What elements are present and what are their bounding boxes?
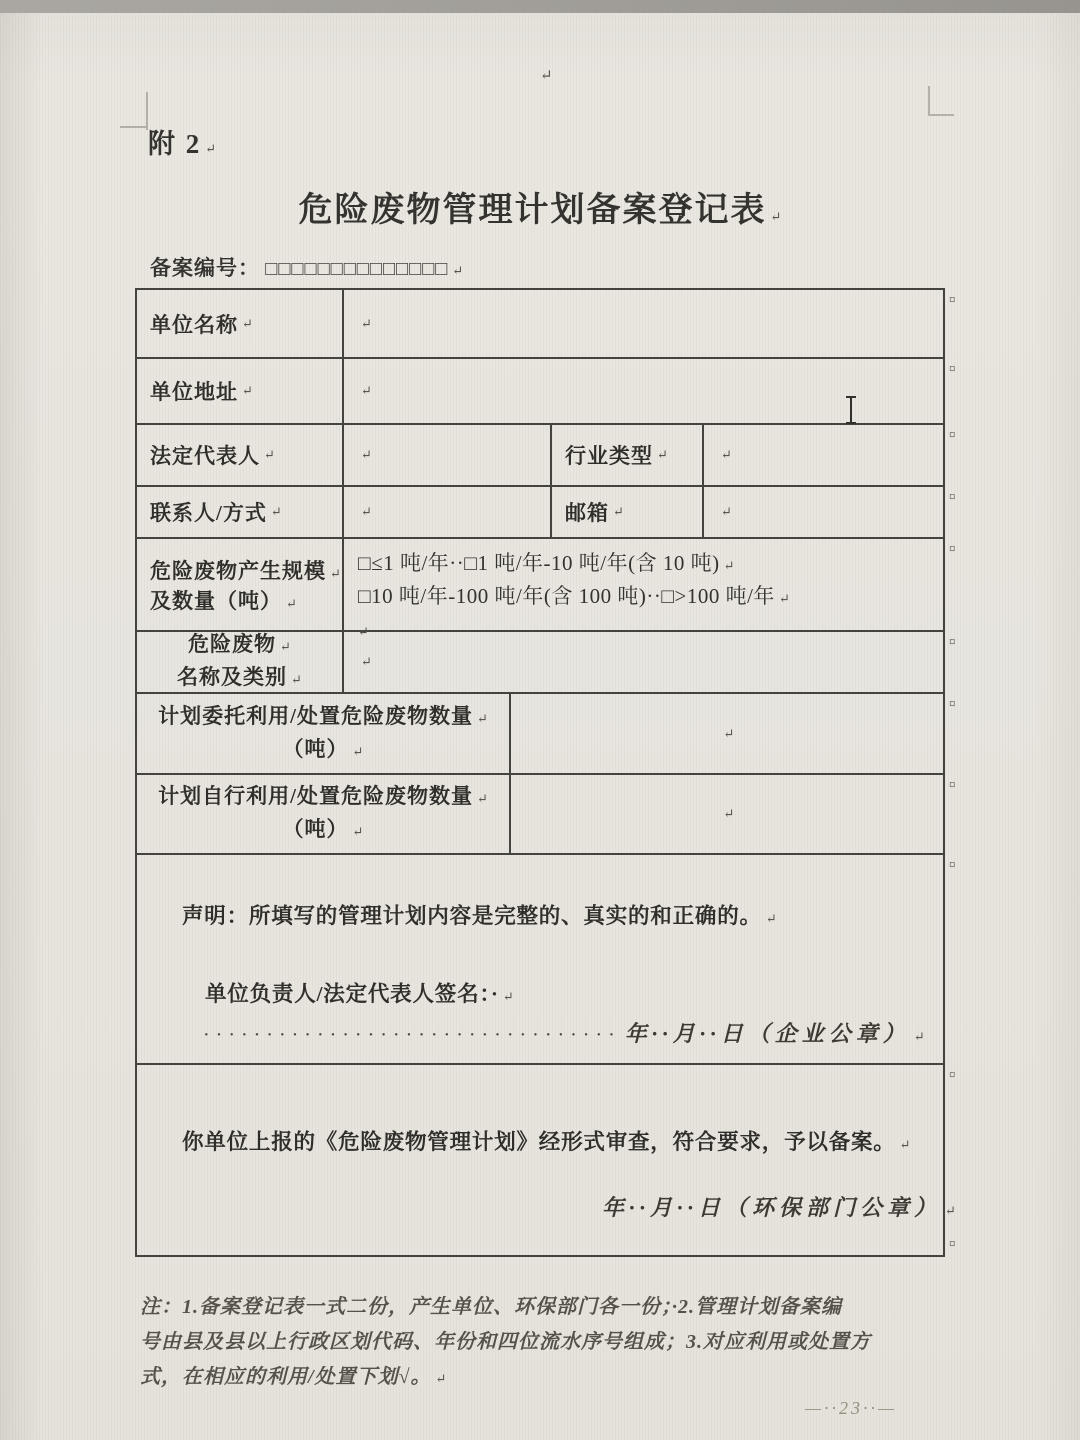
return-mark-icon: ↵ (609, 504, 624, 520)
unit-name-label-text: 单位名称 (150, 309, 238, 339)
row-legal-rep: 法定代表人↵ ↵ 行业类型↵ ↵ (137, 425, 943, 487)
return-mark-icon: ↵ (717, 504, 732, 520)
industry-type-value[interactable]: ↵ (702, 425, 943, 485)
row-self-amount: 计划自行利用/处置危险废物数量↵ （吨）↵ ↵ (137, 775, 943, 855)
row-end-mark-icon: ¤ (949, 777, 956, 793)
self-amount-label: 计划自行利用/处置危险废物数量↵ （吨）↵ (137, 775, 509, 853)
return-mark-icon: ↵ (201, 141, 216, 156)
return-mark-icon: ↵ (349, 744, 364, 759)
waste-name-label-line1: 危险废物↵ (188, 629, 291, 662)
row-end-mark-icon: ¤ (949, 361, 956, 377)
return-mark-icon: ↵ (238, 316, 253, 332)
return-mark-icon: ↵ (260, 447, 275, 463)
row-end-mark-icon: ¤ (949, 696, 956, 712)
approval-statement: 你单位上报的《危险废物管理计划》经形式审查，符合要求，予以备案。↵ (182, 1125, 911, 1156)
return-mark-icon: ↵ (238, 383, 253, 399)
row-contact: 联系人/方式↵ ↵ 邮箱↵ ↵ (137, 487, 943, 539)
row-end-mark-icon: ¤ (949, 634, 956, 650)
generation-scale-label: 危险废物产生规模↵ 及数量（吨）↵ (137, 539, 342, 630)
entrusted-amount-label-line1: 计划委托利用/处置危险废物数量↵ (158, 701, 488, 734)
scanned-document-page: { "header": { "attachment": "附 2", "titl… (0, 0, 1080, 1440)
return-mark-icon: ↵ (775, 591, 790, 606)
attachment-text: 附 2 (148, 129, 201, 159)
return-mark-icon: ↵ (276, 639, 291, 654)
filing-number-boxes[interactable]: □□□□□□□□□□□□□□ (265, 258, 448, 280)
page-title-wrap: 危险废物管理计划备案登记表↵ (0, 182, 1080, 231)
filing-number-label: 备案编号： (150, 256, 260, 280)
return-mark-icon: ↵ (326, 566, 341, 581)
signature-label: 单位负责人/法定代表人签名：·↵ (205, 977, 514, 1008)
return-mark-icon: ↵ (357, 383, 372, 399)
crop-mark (120, 126, 148, 128)
row-entrusted-amount: 计划委托利用/处置危险废物数量↵ （吨）↵ ↵ (137, 694, 943, 775)
row-end-mark-icon: ¤ (949, 489, 956, 505)
self-amount-value[interactable]: ↵ (509, 775, 943, 853)
legal-rep-value[interactable]: ↵ (342, 425, 550, 485)
row-approval: 你单位上报的《危险废物管理计划》经形式审查，符合要求，予以备案。↵ 年··月··… (137, 1065, 943, 1255)
scale-option-line2[interactable]: □10 吨/年-100 吨/年(含 100 吨)··□>100 吨/年↵ (358, 581, 790, 614)
contact-label: 联系人/方式↵ (137, 487, 342, 537)
row-end-mark-icon: ¤ (949, 541, 956, 557)
unit-address-label: 单位地址↵ (137, 359, 342, 423)
authority-date-line: 年··月··日（环保部门公章）↵ (602, 1191, 956, 1222)
return-mark-icon: ↵ (720, 806, 735, 822)
industry-type-label-text: 行业类型 (565, 440, 653, 470)
return-mark-icon: ↵ (448, 263, 463, 278)
paragraph-mark-icon: ↵ (540, 66, 553, 85)
row-end-mark-icon: ¤ (949, 1236, 956, 1252)
filing-number-line: 备案编号： □□□□□□□□□□□□□□↵ (150, 252, 463, 282)
return-mark-icon: ↵ (473, 791, 488, 806)
waste-name-value[interactable]: ↵ (342, 632, 943, 692)
signature-dotted-leader: ································· (203, 1024, 621, 1046)
generation-scale-label-line1: 危险废物产生规模↵ (150, 555, 341, 585)
return-mark-icon: ↵ (473, 711, 488, 726)
return-mark-icon: ↵ (357, 447, 372, 463)
legal-rep-label-text: 法定代表人 (150, 440, 260, 470)
self-amount-label-line2: （吨）↵ (283, 814, 364, 847)
email-label-text: 邮箱 (565, 497, 609, 527)
self-amount-label-line1: 计划自行利用/处置危险废物数量↵ (158, 781, 488, 814)
entrusted-amount-label-line2: （吨）↵ (283, 734, 364, 767)
return-mark-icon: ↵ (720, 558, 735, 573)
row-end-mark-icon: ¤ (949, 292, 956, 308)
generation-scale-options[interactable]: □≤1 吨/年··□1 吨/年-10 吨/年(含 10 吨)↵ □10 吨/年-… (342, 539, 943, 630)
unit-name-value[interactable]: ↵ (342, 290, 943, 357)
legal-rep-label: 法定代表人↵ (137, 425, 342, 485)
email-label: 邮箱↵ (550, 487, 702, 537)
return-mark-icon: ↵ (941, 1203, 956, 1218)
entrusted-amount-label: 计划委托利用/处置危险废物数量↵ （吨）↵ (137, 694, 509, 773)
email-value[interactable]: ↵ (702, 487, 943, 537)
footnote-line2: 号由县及县以上行政区划代码、年份和四位流水序号组成；3.对应利用或处置方 (140, 1325, 945, 1360)
return-mark-icon: ↵ (357, 654, 372, 670)
return-mark-icon: ↵ (357, 504, 372, 520)
row-unit-address: 单位地址↵ ↵ (137, 359, 943, 425)
scan-edge-strip (0, 0, 1080, 13)
declaration-statement: 声明：所填写的管理计划内容是完整的、真实的和正确的。↵ (182, 899, 777, 930)
authority-seal-date: 年··月··日（环保部门公章） (602, 1195, 941, 1220)
return-mark-icon: ↵ (349, 824, 364, 839)
scale-option-line1[interactable]: □≤1 吨/年··□1 吨/年-10 吨/年(含 10 吨)↵ (358, 548, 735, 581)
row-unit-name: 单位名称↵ ↵ (137, 290, 943, 359)
return-mark-icon: ↵ (767, 209, 782, 224)
return-mark-icon: ↵ (896, 1137, 911, 1152)
enterprise-date-line[interactable]: ································· 年··月··… (203, 1017, 925, 1048)
return-mark-icon: ↵ (432, 1371, 447, 1386)
entrusted-amount-value[interactable]: ↵ (509, 694, 943, 773)
row-end-mark-icon: ¤ (949, 857, 956, 873)
enterprise-seal-date: 年··月··日（企业公章） (625, 1021, 910, 1046)
row-waste-name: 危险废物↵ 名称及类别↵ ↵ (137, 632, 943, 694)
return-mark-icon: ↵ (267, 504, 282, 520)
return-mark-icon: ↵ (357, 316, 372, 332)
crop-mark (928, 114, 954, 116)
return-mark-icon: ↵ (910, 1029, 925, 1044)
waste-name-label-line2: 名称及类别↵ (177, 662, 302, 695)
return-mark-icon: ↵ (720, 726, 735, 742)
ibeam-bar (850, 396, 852, 424)
unit-name-label: 单位名称↵ (137, 290, 342, 357)
waste-name-label: 危险废物↵ 名称及类别↵ (137, 632, 342, 692)
return-mark-icon: ↵ (717, 447, 732, 463)
contact-label-text: 联系人/方式 (150, 497, 267, 527)
crop-mark (928, 86, 930, 116)
attachment-label: 附 2↵ (148, 122, 216, 161)
return-mark-icon: ↵ (287, 672, 302, 687)
row-end-mark-icon: ¤ (949, 427, 956, 443)
row-generation-scale: 危险废物产生规模↵ 及数量（吨）↵ □≤1 吨/年··□1 吨/年-10 吨/年… (137, 539, 943, 632)
text-cursor-ibeam[interactable] (846, 396, 856, 424)
industry-type-label: 行业类型↵ (550, 425, 702, 485)
return-mark-icon: ↵ (282, 596, 297, 611)
generation-scale-label-line2: 及数量（吨）↵ (150, 585, 297, 615)
page-number: —··23··— (805, 1398, 897, 1419)
ibeam-serif (846, 422, 856, 424)
footnote-line1: 注：1.备案登记表一式二份，产生单位、环保部门各一份；·2.管理计划备案编 (140, 1290, 945, 1325)
registration-form-table: 单位名称↵ ↵ 单位地址↵ ↵ 法定代表人↵ ↵ 行业类型↵ ↵ 联系人/方式↵… (135, 288, 945, 1257)
return-mark-icon: ↵ (762, 911, 777, 926)
footnote-line3: 式，在相应的利用/处置下划√。↵ (140, 1360, 945, 1396)
row-declaration: 声明：所填写的管理计划内容是完整的、真实的和正确的。↵ 单位负责人/法定代表人签… (137, 855, 943, 1065)
unit-address-label-text: 单位地址 (150, 376, 238, 406)
contact-value[interactable]: ↵ (342, 487, 550, 537)
return-mark-icon: ↵ (653, 447, 668, 463)
page-title: 危险废物管理计划备案登记表 (299, 192, 767, 229)
return-mark-icon: ↵ (499, 989, 514, 1004)
row-end-mark-icon: ¤ (949, 1067, 956, 1083)
footnote: 注：1.备案登记表一式二份，产生单位、环保部门各一份；·2.管理计划备案编 号由… (140, 1290, 945, 1396)
